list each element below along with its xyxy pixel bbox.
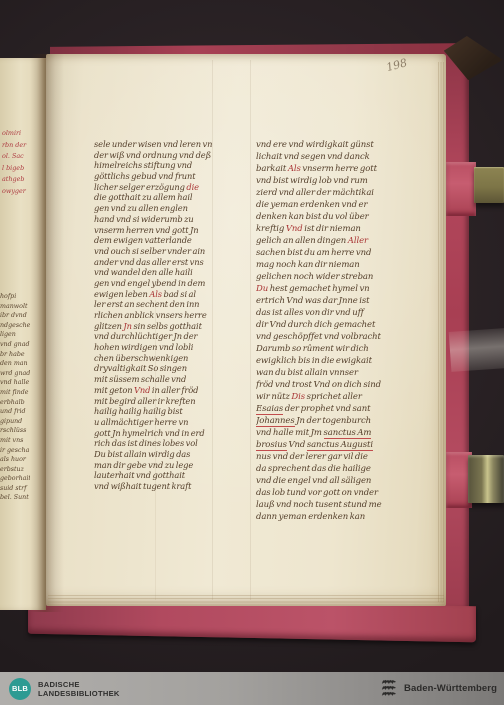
baden-wuerttemberg-lions-icon: [381, 679, 398, 698]
page-crease: [250, 60, 251, 600]
library-name-line1: BADISCHE: [38, 680, 120, 689]
blb-logo: BLB: [9, 678, 31, 700]
book-gutter-shadow: [30, 54, 64, 612]
page-stack-edges-right: [438, 62, 446, 602]
library-name-line2: LANDESBIBLIOTHEK: [38, 689, 120, 698]
clasp-strap-upper: [446, 162, 476, 216]
footer-bar: BLB BADISCHE LANDESBIBLIOTHEK Baden-Würt…: [0, 672, 504, 705]
digitized-manuscript-view: 198 sele under wisen vnd leren vnder wiß…: [0, 0, 504, 705]
photo-backdrop: 198 sele under wisen vnd leren vnder wiß…: [0, 0, 504, 672]
facing-page-rubric-fragments: olmirirbn derol. Sacl bigebathgebowyger: [2, 128, 32, 202]
text-column-left: sele under wisen vnd leren vnder wiß vnd…: [94, 139, 250, 492]
text-column-right: vnd ere vnd wirdigkait günstlichait vnd …: [256, 139, 410, 523]
page-stack-edges-bottom: [48, 595, 444, 608]
library-logo-group: BLB BADISCHE LANDESBIBLIOTHEK: [9, 678, 120, 700]
state-logo-group: Baden-Württemberg: [381, 679, 497, 698]
facing-page-text-fragments: hofpimanwoltibr dvndndgescheligenvnd gna…: [0, 292, 30, 507]
clasp-plate-lower: [468, 455, 504, 503]
state-name: Baden-Württemberg: [404, 683, 497, 694]
clasp-plate-upper: [474, 167, 504, 203]
library-name: BADISCHE LANDESBIBLIOTHEK: [38, 680, 120, 698]
translucent-holding-band: [449, 328, 504, 372]
